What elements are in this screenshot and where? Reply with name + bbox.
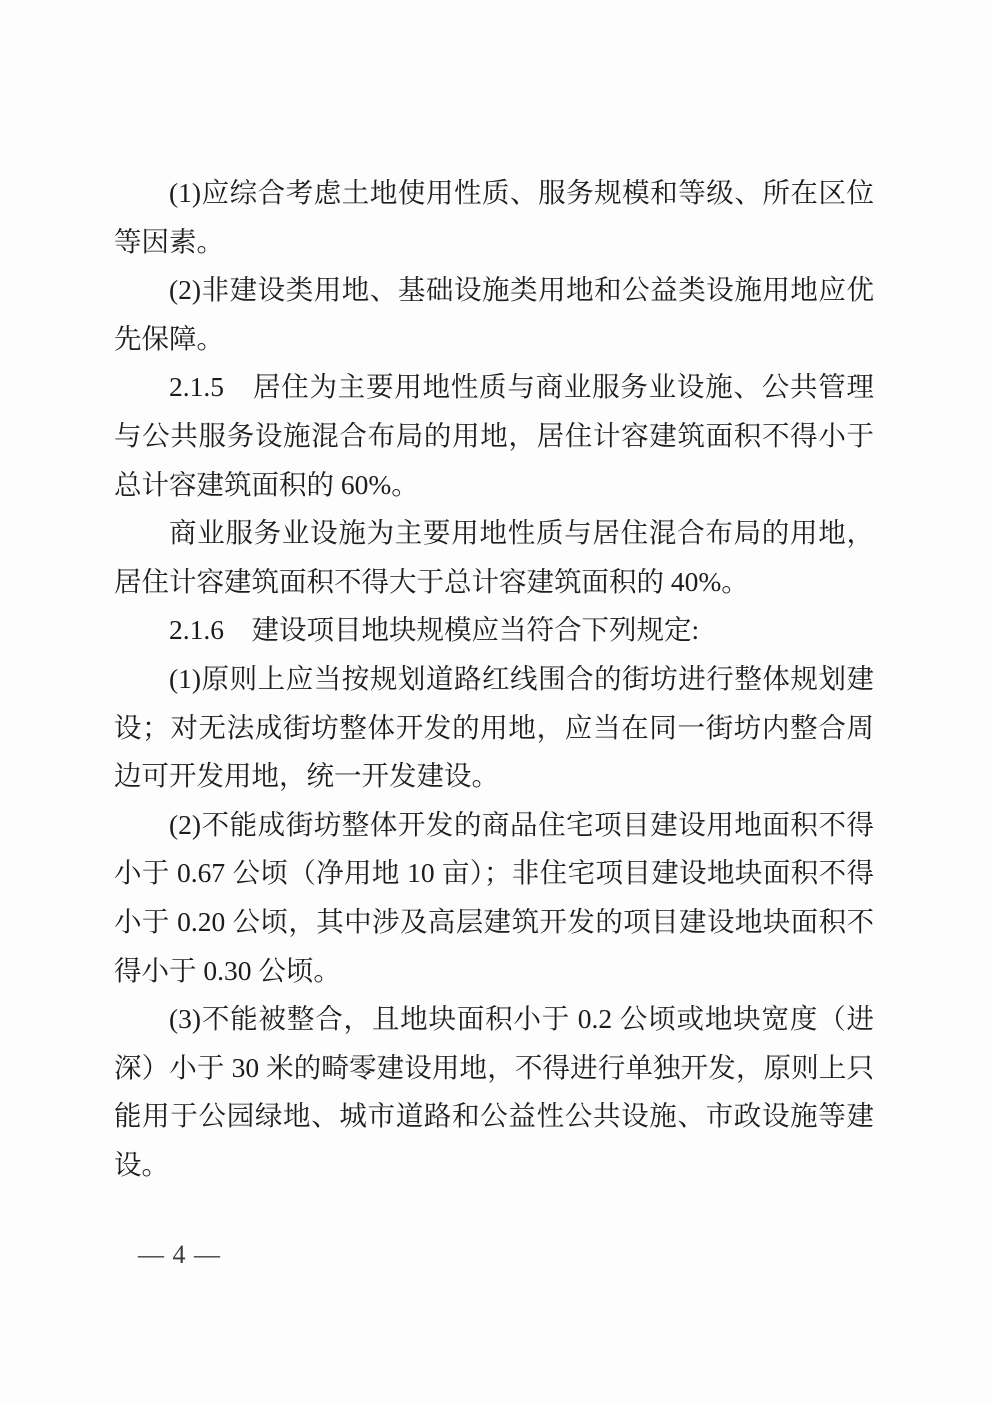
page-footer: — 4 —	[138, 1240, 221, 1270]
paragraph-rule-2-minimum-plot-size: (2)不能成街坊整体开发的商品住宅项目建设用地面积不得小于 0.67 公顷（净用…	[114, 801, 874, 995]
section-2-1-6-heading: 2.1.6 建设项目地块规模应当符合下列规定:	[114, 606, 874, 655]
paragraph-commercial-mixed-use: 商业服务业设施为主要用地性质与居住混合布局的用地，居住计容建筑面积不得大于总计容…	[114, 509, 874, 606]
paragraph-rule-3-irregular-plots: (3)不能被整合，且地块面积小于 0.2 公顷或地块宽度（进深）小于 30 米的…	[114, 995, 874, 1189]
document-body: (1)应综合考虑土地使用性质、服务规模和等级、所在区位等因素。 (2)非建设类用…	[114, 169, 874, 1189]
paragraph-rule-1-block-development: (1)原则上应当按规划道路红线围合的街坊进行整体规划建设；对无法成街坊整体开发的…	[114, 655, 874, 801]
section-2-1-5-paragraph: 2.1.5 居住为主要用地性质与商业服务业设施、公共管理与公共服务设施混合布局的…	[114, 363, 874, 509]
paragraph-priority-clause-2: (2)非建设类用地、基础设施类用地和公益类设施用地应优先保障。	[114, 266, 874, 363]
page-number: — 4 —	[138, 1240, 221, 1269]
paragraph-factors-clause-1: (1)应综合考虑土地使用性质、服务规模和等级、所在区位等因素。	[114, 169, 874, 266]
document-page: (1)应综合考虑土地使用性质、服务规模和等级、所在区位等因素。 (2)非建设类用…	[0, 0, 992, 1404]
